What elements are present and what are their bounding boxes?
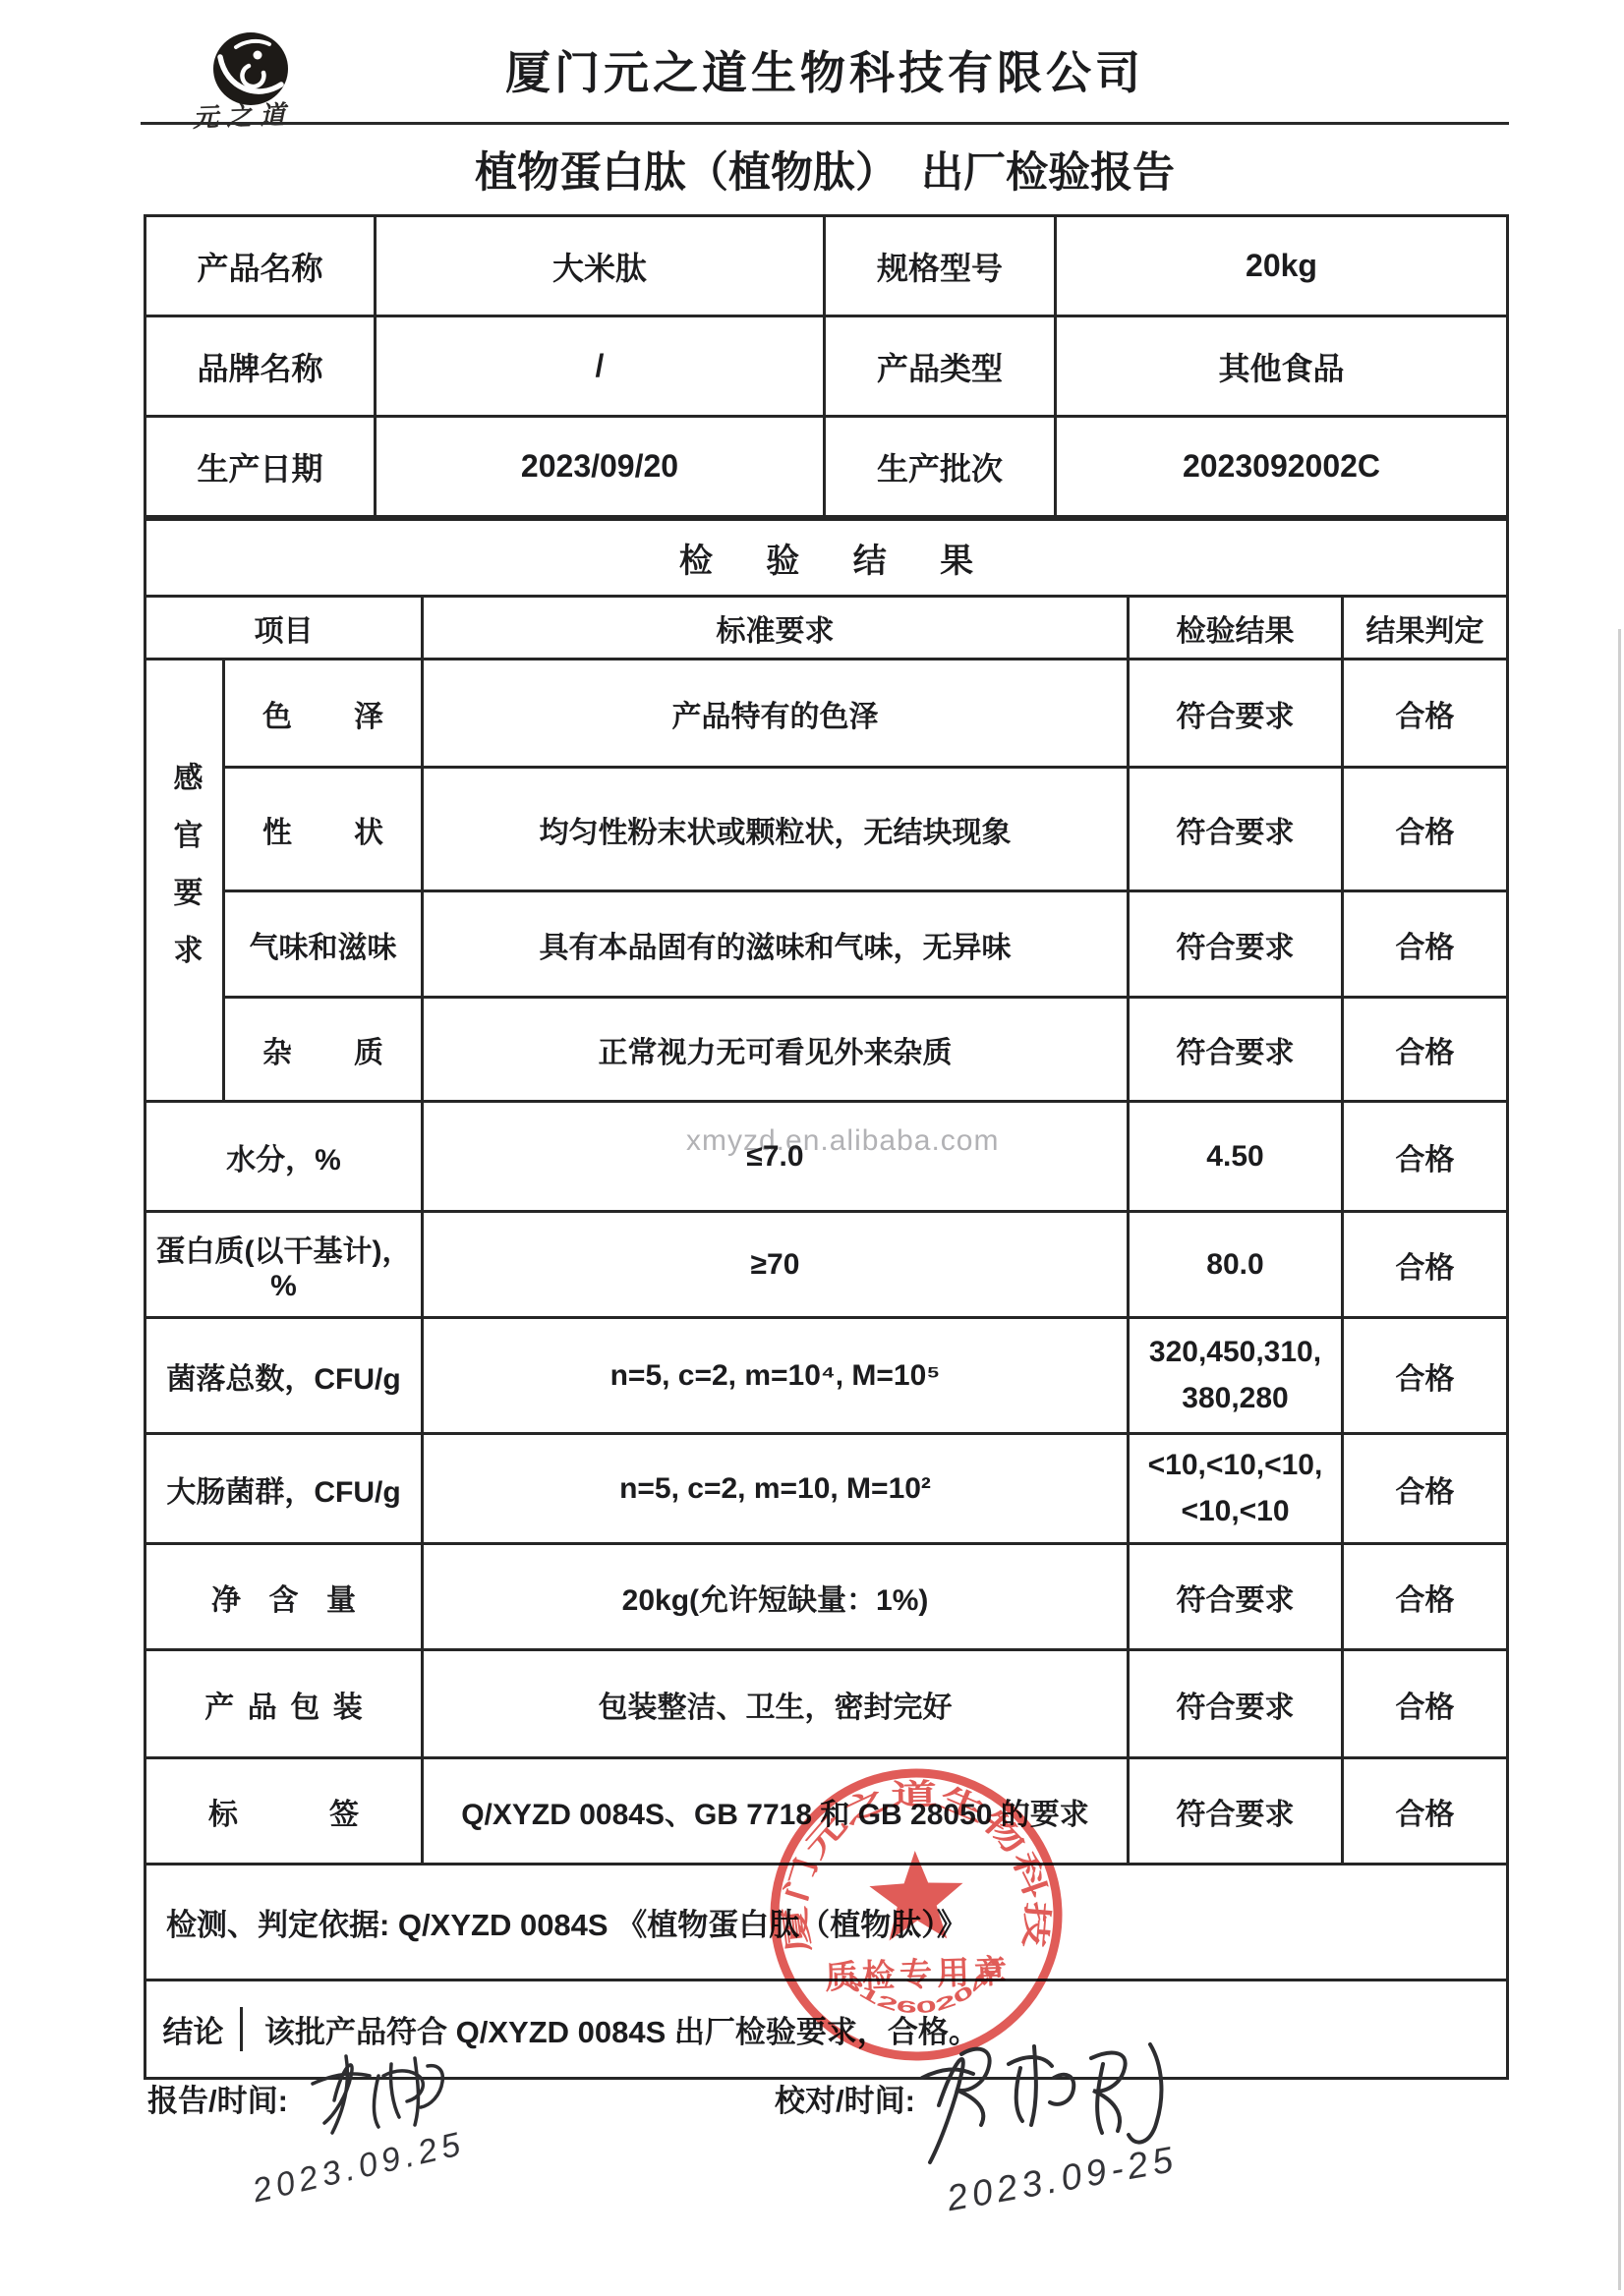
judgement-value: 合格	[1343, 1544, 1508, 1650]
judgement-value: 合格	[1343, 660, 1508, 768]
standard-value: 20kg(允许短缺量：1%)	[423, 1544, 1129, 1650]
judgement-value: 合格	[1343, 1102, 1508, 1212]
col-header-result: 检验结果	[1129, 597, 1343, 660]
scan-edge-artifact	[1618, 629, 1621, 2290]
product-type-value: 其他食品	[1056, 316, 1508, 417]
judgement-value: 合格	[1343, 1212, 1508, 1318]
result-value: 4.50	[1129, 1102, 1343, 1212]
table-row: 蛋白质(以干基计)，% ≥70 80.0 合格	[145, 1212, 1508, 1318]
brand-name-value: /	[376, 316, 825, 417]
judgement-value: 合格	[1343, 1650, 1508, 1758]
spec-model-value: 20kg	[1056, 216, 1508, 316]
col-header-item: 项目	[145, 597, 423, 660]
table-row: 品牌名称 / 产品类型 其他食品	[145, 316, 1508, 417]
judgement-value: 合格	[1343, 891, 1508, 998]
sensory-group-cell: 感官要求	[145, 660, 224, 1102]
result-value: 符合要求	[1129, 1758, 1343, 1865]
company-name: 厦门元之道生物科技有限公司	[144, 37, 1506, 102]
judgement-value: 合格	[1343, 768, 1508, 891]
table-row: 净含量 20kg(允许短缺量：1%) 符合要求 合格	[145, 1544, 1508, 1650]
table-row: 产品包装 包装整洁、卫生，密封完好 符合要求 合格	[145, 1650, 1508, 1758]
col-header-standard: 标准要求	[423, 597, 1129, 660]
item-label: 水分，%	[145, 1102, 423, 1212]
stamp-star-icon	[868, 1849, 964, 1941]
judgement-value: 合格	[1343, 1434, 1508, 1544]
result-value: 320,450,310, 380,280	[1129, 1318, 1343, 1434]
judgement-value: 合格	[1343, 998, 1508, 1102]
production-date-label: 生产日期	[145, 417, 376, 517]
results-banner-text: 检验结果	[679, 543, 1027, 580]
item-label: 色泽	[224, 660, 423, 768]
header-divider	[141, 122, 1509, 125]
standard-value: n=5, c=2, m=10, M=10²	[423, 1434, 1129, 1544]
report-page: 元之道 厦门元之道生物科技有限公司 植物蛋白肽（植物肽） 出厂检验报告 产品名称…	[0, 0, 1624, 2296]
sensory-group-label: 感官要求	[163, 762, 206, 992]
result-value: 80.0	[1129, 1212, 1343, 1318]
report-time-label: 报告/时间:	[147, 2076, 288, 2120]
production-date-value: 2023/09/20	[376, 417, 825, 517]
spec-model-label: 规格型号	[825, 216, 1056, 316]
item-label: 净含量	[145, 1544, 423, 1650]
item-label: 大肠菌群，CFU/g	[145, 1434, 423, 1544]
table-row: 杂质 正常视力无可看见外来杂质 符合要求 合格	[145, 998, 1508, 1102]
batch-value: 2023092002C	[1056, 417, 1508, 517]
product-type-label: 产品类型	[825, 316, 1056, 417]
brand-name-label: 品牌名称	[145, 316, 376, 417]
document-title: 植物蛋白肽（植物肽） 出厂检验报告	[144, 140, 1506, 200]
batch-label: 生产批次	[825, 417, 1056, 517]
result-value: 符合要求	[1129, 891, 1343, 998]
results-banner: 检验结果	[145, 520, 1508, 597]
judgement-value: 合格	[1343, 1318, 1508, 1434]
item-label: 产品包装	[145, 1650, 423, 1758]
conclusion-label: 结论	[146, 2007, 243, 2051]
table-row: 产品名称 大米肽 规格型号 20kg	[145, 216, 1508, 316]
table-row: 检验结果	[145, 520, 1508, 597]
item-label: 杂质	[224, 998, 423, 1102]
product-info-table: 产品名称 大米肽 规格型号 20kg 品牌名称 / 产品类型 其他食品 生产日期…	[144, 214, 1509, 518]
standard-value: 正常视力无可看见外来杂质	[423, 998, 1129, 1102]
result-value: 符合要求	[1129, 660, 1343, 768]
result-value: 符合要求	[1129, 768, 1343, 891]
judgement-value: 合格	[1343, 1758, 1508, 1865]
result-value: <10,<10,<10, <10,<10	[1129, 1434, 1343, 1544]
table-row: 性状 均匀性粉末状或颗粒状，无结块现象 符合要求 合格	[145, 768, 1508, 891]
table-row: 项目 标准要求 检验结果 结果判定	[145, 597, 1508, 660]
table-row: 气味和滋味 具有本品固有的滋味和气味，无异味 符合要求 合格	[145, 891, 1508, 998]
product-name-label: 产品名称	[145, 216, 376, 316]
watermark-text: xmyzd.en.alibaba.com	[686, 1124, 999, 1158]
item-label: 菌落总数，CFU/g	[145, 1318, 423, 1434]
col-header-judgement: 结果判定	[1343, 597, 1508, 660]
standard-value: 产品特有的色泽	[423, 660, 1129, 768]
table-row: 菌落总数，CFU/g n=5, c=2, m=10⁴, M=10⁵ 320,45…	[145, 1318, 1508, 1434]
product-name-value: 大米肽	[376, 216, 825, 316]
standard-value: 均匀性粉末状或颗粒状，无结块现象	[423, 768, 1129, 891]
item-label: 气味和滋味	[224, 891, 423, 998]
standard-value: 具有本品固有的滋味和气味，无异味	[423, 891, 1129, 998]
item-label: 标签	[145, 1758, 423, 1865]
result-value: 符合要求	[1129, 1650, 1343, 1758]
standard-value: ≥70	[423, 1212, 1129, 1318]
table-row: 大肠菌群，CFU/g n=5, c=2, m=10, M=10² <10,<10…	[145, 1434, 1508, 1544]
result-value: 符合要求	[1129, 998, 1343, 1102]
result-value: 符合要求	[1129, 1544, 1343, 1650]
standard-value: 包装整洁、卫生，密封完好	[423, 1650, 1129, 1758]
table-row: 生产日期 2023/09/20 生产批次 2023092002C	[145, 417, 1508, 517]
standard-value: n=5, c=2, m=10⁴, M=10⁵	[423, 1318, 1129, 1434]
item-label: 性状	[224, 768, 423, 891]
review-time-label: 校对/时间:	[775, 2076, 915, 2120]
table-row: 感官要求 色泽 产品特有的色泽 符合要求 合格	[145, 660, 1508, 768]
qc-stamp: 厦门元之道生物科技有限公司 质检专用章 3126020400	[754, 1752, 1079, 2078]
item-label: 蛋白质(以干基计)，%	[145, 1212, 423, 1318]
